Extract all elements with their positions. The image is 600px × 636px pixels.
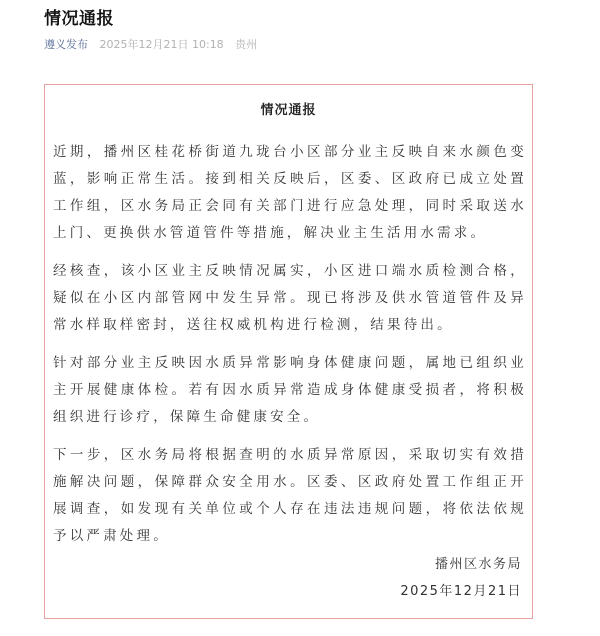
notice-paragraph: 下一步，区水务局将根据查明的水质异常原因，采取切实有效措施解决问题，保障群众安全…: [53, 442, 527, 550]
notice-paragraph: 经核查，该小区业主反映情况属实，小区进口端水质检测合格，疑似在小区内部管网中发生…: [53, 258, 527, 339]
publish-location: 贵州: [235, 38, 257, 51]
article-meta: 遵义发布 2025年12月21日 10:18 贵州: [44, 37, 257, 53]
notice-box: 情况通报 近期，播州区桂花桥街道九珑台小区部分业主反映自来水颜色变蓝，影响正常生…: [44, 84, 533, 619]
notice-title: 情况通报: [45, 101, 532, 121]
publish-datetime: 2025年12月21日 10:18: [100, 38, 224, 51]
notice-paragraph: 近期，播州区桂花桥街道九珑台小区部分业主反映自来水颜色变蓝，影响正常生活。接到相…: [53, 139, 527, 247]
source-link[interactable]: 遵义发布: [44, 38, 88, 51]
notice-paragraph: 针对部分业主反映因水质异常影响身体健康问题，属地已组织业主开展健康体检。若有因水…: [53, 350, 527, 431]
signature-date: 2025年12月21日: [322, 582, 522, 602]
signature-organization: 播州区水务局: [322, 555, 522, 575]
article-title: 情况通报: [44, 7, 114, 31]
